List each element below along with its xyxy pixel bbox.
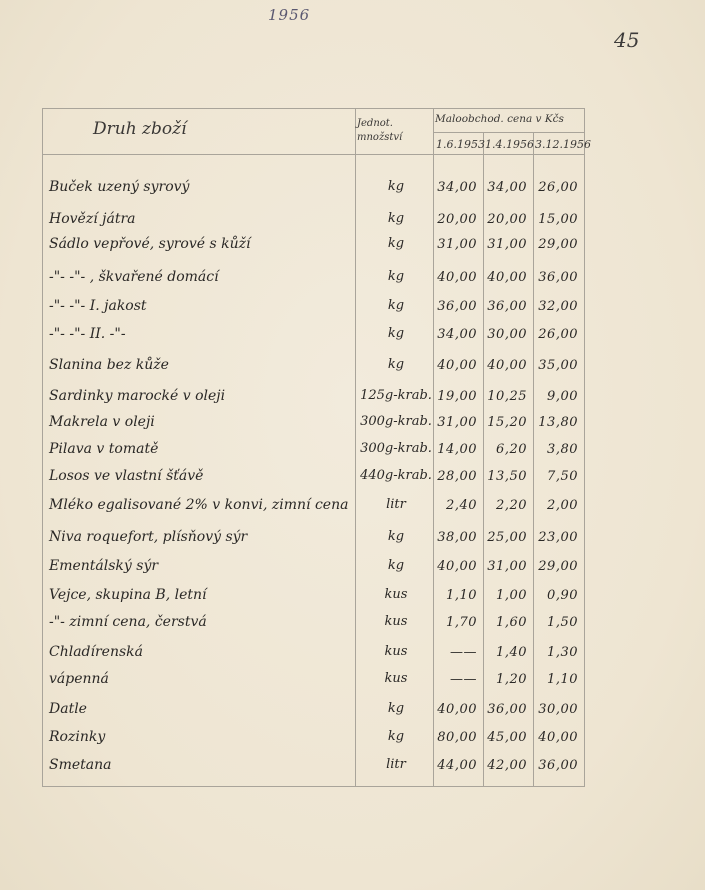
item-unit: 440g-krab. (359, 468, 433, 483)
price-1953: 38,00 (427, 530, 477, 545)
price-1956-dec: 7,50 (528, 469, 578, 484)
price-1956-apr: 34,00 (477, 180, 527, 195)
price-1956-apr: 40,00 (477, 358, 527, 373)
price-1953: —— (427, 672, 477, 687)
item-name: Buček uzený syrový (49, 179, 189, 195)
price-1956-dec: 1,30 (528, 645, 578, 660)
item-name: Mléko egalisované 2% v konvi, zimní cena (49, 497, 348, 513)
price-1956-apr: 25,00 (477, 530, 527, 545)
price-1956-dec: 2,00 (528, 498, 578, 513)
table-row: Niva roquefort, plísňový sýr kg 38,00 25… (43, 527, 586, 553)
item-unit: kg (359, 357, 433, 372)
table-row: Slanina bez kůže kg 40,00 40,00 35,00 (43, 355, 586, 381)
price-1956-dec: 32,00 (528, 299, 578, 314)
price-1953: 14,00 (427, 442, 477, 457)
year-note: 1956 (268, 6, 310, 24)
table-row: Hovězí játra kg 20,00 20,00 15,00 (43, 209, 586, 235)
item-name: -"- -"- II. -"- (49, 326, 126, 342)
price-1956-apr: 36,00 (477, 299, 527, 314)
price-1953: 40,00 (427, 358, 477, 373)
table-row: -"- zimní cena, čerstvá kus 1,70 1,60 1,… (43, 612, 586, 638)
item-unit: kus (359, 644, 433, 659)
price-1956-dec: 26,00 (528, 327, 578, 342)
item-unit: kg (359, 529, 433, 544)
item-name: Sádlo vepřové, syrové s kůží (49, 236, 250, 252)
price-1956-dec: 40,00 (528, 730, 578, 745)
header-date-1956-dec: 3.12.1956 (535, 138, 591, 151)
header-item-type: Druh zboží (93, 119, 187, 139)
price-1956-dec: 23,00 (528, 530, 578, 545)
price-1953: 36,00 (427, 299, 477, 314)
table-row: Rozinky kg 80,00 45,00 40,00 (43, 727, 586, 753)
price-1953: 40,00 (427, 559, 477, 574)
item-name: Ementálský sýr (49, 558, 158, 574)
price-1953: —— (427, 645, 477, 660)
price-1953: 40,00 (427, 702, 477, 717)
item-unit: 300g-krab. (359, 414, 433, 429)
item-name: Rozinky (49, 729, 105, 745)
header-unit-quantity: Jednot. množství (357, 117, 417, 145)
item-name: Niva roquefort, plísňový sýr (49, 529, 247, 545)
price-1956-apr: 2,20 (477, 498, 527, 513)
item-name: -"- zimní cena, čerstvá (49, 614, 207, 630)
price-1956-dec: 1,10 (528, 672, 578, 687)
price-1956-dec: 13,80 (528, 415, 578, 430)
price-1953: 44,00 (427, 758, 477, 773)
table-row: vápenná kus —— 1,20 1,10 (43, 669, 586, 695)
table-row: Sádlo vepřové, syrové s kůží kg 31,00 31… (43, 234, 586, 260)
item-name: Losos ve vlastní šťávě (49, 468, 203, 484)
table-row: Vejce, skupina B, letní kus 1,10 1,00 0,… (43, 585, 586, 611)
price-1956-dec: 29,00 (528, 559, 578, 574)
item-unit: kg (359, 729, 433, 744)
price-1953: 20,00 (427, 212, 477, 227)
price-1953: 34,00 (427, 180, 477, 195)
table-row: Buček uzený syrový kg 34,00 34,00 26,00 (43, 177, 586, 203)
header-divider (433, 132, 584, 133)
price-1956-apr: 31,00 (477, 237, 527, 252)
item-unit: kg (359, 298, 433, 313)
header-date-1953: 1.6.1953 (436, 138, 485, 151)
header-retail-price: Maloobchod. cena v Kčs (435, 113, 564, 125)
price-1956-apr: 6,20 (477, 442, 527, 457)
item-name: Hovězí játra (49, 211, 136, 227)
price-1956-dec: 26,00 (528, 180, 578, 195)
price-1956-dec: 9,00 (528, 389, 578, 404)
price-1953: 28,00 (427, 469, 477, 484)
price-1953: 19,00 (427, 389, 477, 404)
table-row: -"- -"- , škvařené domácí kg 40,00 40,00… (43, 267, 586, 293)
price-1956-apr: 20,00 (477, 212, 527, 227)
item-name: -"- -"- I. jakost (49, 298, 147, 314)
item-name: Pilava v tomatě (49, 441, 158, 457)
price-1956-apr: 30,00 (477, 327, 527, 342)
table-row: Makrela v oleji 300g-krab. 31,00 15,20 1… (43, 412, 586, 438)
price-1956-apr: 42,00 (477, 758, 527, 773)
price-1956-apr: 1,00 (477, 588, 527, 603)
table-row: Smetana litr 44,00 42,00 36,00 (43, 755, 586, 781)
item-name: vápenná (49, 671, 109, 687)
price-1956-dec: 1,50 (528, 615, 578, 630)
price-1956-dec: 36,00 (528, 270, 578, 285)
item-unit: kg (359, 701, 433, 716)
price-1956-dec: 35,00 (528, 358, 578, 373)
item-unit: kus (359, 614, 433, 629)
price-1956-dec: 0,90 (528, 588, 578, 603)
table-row: Ementálský sýr kg 40,00 31,00 29,00 (43, 556, 586, 582)
header-bottom-rule (43, 154, 584, 155)
item-unit: kg (359, 269, 433, 284)
page-number: 45 (614, 28, 639, 52)
item-unit: kg (359, 179, 433, 194)
ledger-page: 1956 45 Druh zboží Jednot. množství Malo… (0, 0, 705, 890)
price-1956-dec: 36,00 (528, 758, 578, 773)
item-unit: kg (359, 211, 433, 226)
price-1956-apr: 10,25 (477, 389, 527, 404)
table-row: Mléko egalisované 2% v konvi, zimní cena… (43, 495, 586, 521)
price-1956-apr: 15,20 (477, 415, 527, 430)
item-unit: kus (359, 587, 433, 602)
price-1956-apr: 1,20 (477, 672, 527, 687)
header-date-1956-apr: 1.4.1956 (485, 138, 534, 151)
price-1953: 31,00 (427, 415, 477, 430)
price-1953: 31,00 (427, 237, 477, 252)
item-name: -"- -"- , škvařené domácí (49, 269, 219, 285)
item-unit: kg (359, 558, 433, 573)
item-unit: kus (359, 671, 433, 686)
price-1956-apr: 45,00 (477, 730, 527, 745)
price-1956-apr: 40,00 (477, 270, 527, 285)
price-1953: 80,00 (427, 730, 477, 745)
price-1956-apr: 1,40 (477, 645, 527, 660)
item-name: Vejce, skupina B, letní (49, 587, 207, 603)
price-1956-apr: 13,50 (477, 469, 527, 484)
price-table: Druh zboží Jednot. množství Maloobchod. … (42, 108, 585, 787)
price-1956-apr: 31,00 (477, 559, 527, 574)
price-1956-apr: 1,60 (477, 615, 527, 630)
item-name: Chladírenská (49, 644, 143, 660)
price-1956-dec: 15,00 (528, 212, 578, 227)
price-1956-dec: 29,00 (528, 237, 578, 252)
price-1956-apr: 36,00 (477, 702, 527, 717)
item-unit: kg (359, 236, 433, 251)
price-1956-dec: 30,00 (528, 702, 578, 717)
table-row: -"- -"- I. jakost kg 36,00 36,00 32,00 (43, 296, 586, 322)
price-1953: 2,40 (427, 498, 477, 513)
table-row: Chladírenská kus —— 1,40 1,30 (43, 642, 586, 668)
price-1953: 1,70 (427, 615, 477, 630)
item-name: Sardinky marocké v oleji (49, 388, 225, 404)
table-row: Losos ve vlastní šťávě 440g-krab. 28,00 … (43, 466, 586, 492)
item-unit: litr (359, 757, 433, 772)
table-row: Datle kg 40,00 36,00 30,00 (43, 699, 586, 725)
table-row: -"- -"- II. -"- kg 34,00 30,00 26,00 (43, 324, 586, 350)
item-name: Smetana (49, 757, 112, 773)
item-name: Slanina bez kůže (49, 357, 169, 373)
table-row: Pilava v tomatě 300g-krab. 14,00 6,20 3,… (43, 439, 586, 465)
item-name: Makrela v oleji (49, 414, 155, 430)
item-unit: 300g-krab. (359, 441, 433, 456)
header-unit-text: Jednot. množství (357, 117, 417, 145)
item-unit: 125g-krab. (359, 388, 433, 403)
price-1953: 40,00 (427, 270, 477, 285)
price-1953: 34,00 (427, 327, 477, 342)
item-unit: litr (359, 497, 433, 512)
item-unit: kg (359, 326, 433, 341)
price-1956-dec: 3,80 (528, 442, 578, 457)
price-1953: 1,10 (427, 588, 477, 603)
item-name: Datle (49, 701, 87, 717)
table-row: Sardinky marocké v oleji 125g-krab. 19,0… (43, 386, 586, 412)
